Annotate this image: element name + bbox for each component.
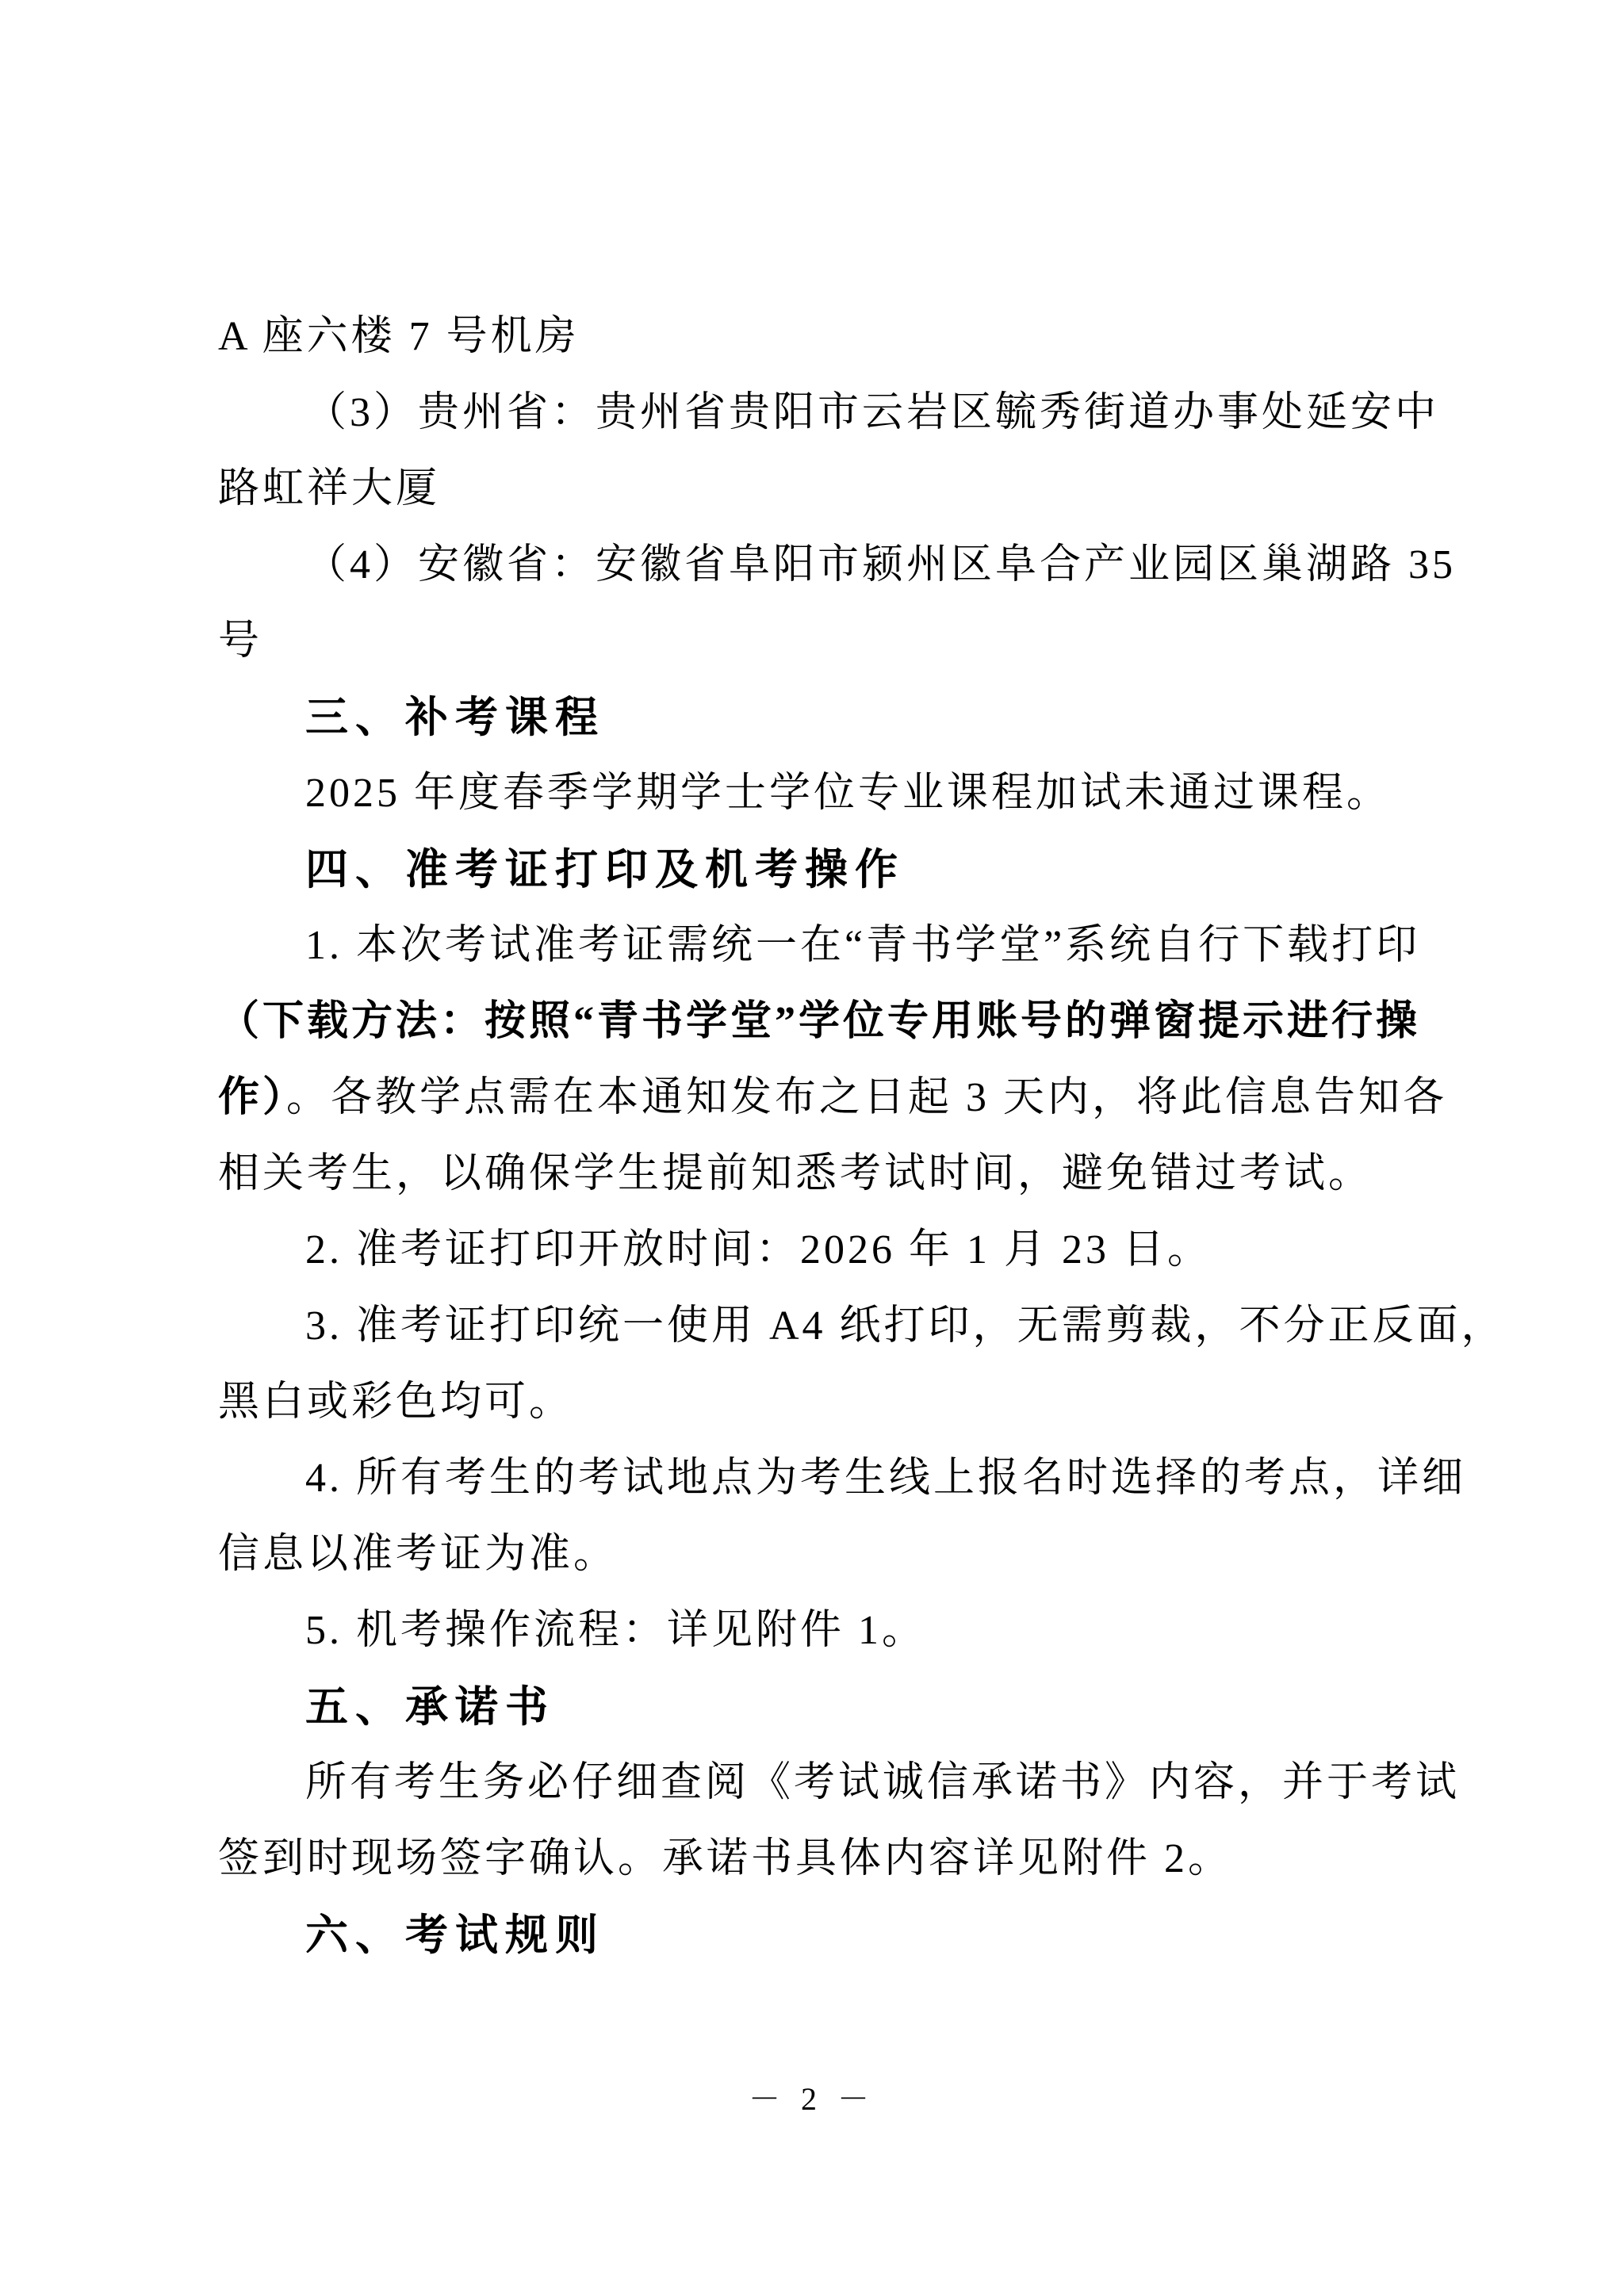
section-heading: 四、准考证打印及机考操作 (305, 845, 905, 894)
text-segment: 2025 年度春季学期学士学位专业课程加试未通过课程。 (305, 771, 1391, 816)
text-line: 所有考生务必仔细查阅《考试诚信承诺书》内容，并于考试 (305, 1758, 1460, 1808)
text-segment: 五、承诺书 (305, 1683, 555, 1731)
document-body: A 座六楼 7 号机房（3）贵州省：贵州省贵阳市云岩区毓秀街道办事处延安中路虹祥… (0, 0, 1624, 2296)
section-heading: 三、补考课程 (305, 693, 605, 742)
text-line: 签到时现场签字确认。承诺书具体内容详见附件 2。 (218, 1835, 1232, 1884)
text-line: 号 (218, 617, 262, 666)
text-segment: 三、补考课程 (305, 694, 605, 741)
text-segment: 号 (218, 618, 262, 664)
text-line: 2025 年度春季学期学士学位专业课程加试未通过课程。 (305, 769, 1391, 818)
text-line: 4. 所有考生的考试地点为考生线上报名时选择的考点，详细 (305, 1454, 1466, 1503)
text-segment: 六、考试规则 (305, 1911, 605, 1959)
text-line: （3）贵州省：贵州省贵阳市云岩区毓秀街道办事处延安中 (305, 388, 1439, 438)
text-segment: 信息以准考证为准。 (218, 1532, 618, 1577)
text-line: 黑白或彩色均可。 (218, 1378, 573, 1427)
text-line: 路虹祥大厦 (218, 465, 440, 514)
text-segment: 所有考生务必仔细查阅《考试诚信承诺书》内容，并于考试 (305, 1760, 1460, 1805)
text-line: 1. 本次考试准考证需统一在“青书学堂”系统自行下载打印 (305, 921, 1420, 970)
text-line: 相关考生，以确保学生提前知悉考试时间，避免错过考试。 (218, 1150, 1373, 1199)
document-page: A 座六楼 7 号机房（3）贵州省：贵州省贵阳市云岩区毓秀街道办事处延安中路虹祥… (0, 0, 1624, 2296)
text-line: 2. 准考证打印开放时间：2026 年 1 月 23 日。 (305, 1226, 1212, 1275)
text-segment: 1. 本次考试准考证需统一在“青书学堂”系统自行下载打印 (305, 923, 1420, 968)
text-line: A 座六楼 7 号机房 (218, 312, 580, 362)
text-line: 作）。各教学点需在本通知发布之日起 3 天内，将此信息告知各 (218, 1073, 1447, 1123)
text-line: 5. 机考操作流程：详见附件 1。 (305, 1606, 926, 1655)
text-segment: （下载方法：按照“青书学堂”学位专用账号的弹窗提示进行操 (218, 999, 1420, 1044)
text-segment: 3. 准考证打印统一使用 A4 纸打印，无需剪裁，不分正反面， (305, 1303, 1506, 1349)
text-line: 信息以准考证为准。 (218, 1530, 618, 1579)
text-segment: A 座六楼 7 号机房 (218, 314, 580, 359)
text-line: 3. 准考证打印统一使用 A4 纸打印，无需剪裁，不分正反面， (305, 1302, 1506, 1351)
text-segment: 相关考生，以确保学生提前知悉考试时间，避免错过考试。 (218, 1151, 1373, 1196)
text-segment: 4. 所有考生的考试地点为考生线上报名时选择的考点，详细 (305, 1456, 1466, 1501)
text-segment: 。各教学点需在本通知发布之日起 3 天内，将此信息告知各 (286, 1075, 1447, 1120)
text-segment: 四、准考证打印及机考操作 (305, 846, 905, 894)
text-segment: （4）安徽省：安徽省阜阳市颍州区阜合产业园区巢湖路 35 (305, 542, 1456, 587)
text-segment: 2. 准考证打印开放时间：2026 年 1 月 23 日。 (305, 1227, 1212, 1272)
text-segment: 5. 机考操作流程：详见附件 1。 (305, 1608, 926, 1653)
text-segment: 签到时现场签字确认。承诺书具体内容详见附件 2。 (218, 1836, 1232, 1881)
section-heading: 六、考试规则 (305, 1911, 605, 1960)
text-line: （4）安徽省：安徽省阜阳市颍州区阜合产业园区巢湖路 35 (305, 541, 1456, 590)
text-segment: 作） (218, 1075, 286, 1120)
page-number: － 2 － (0, 2074, 1624, 2119)
text-segment: 黑白或彩色均可。 (218, 1380, 573, 1425)
text-line: （下载方法：按照“青书学堂”学位专用账号的弹窗提示进行操 (218, 997, 1420, 1047)
section-heading: 五、承诺书 (305, 1682, 555, 1732)
text-segment: 路虹祥大厦 (218, 466, 440, 511)
text-segment: （3）贵州省：贵州省贵阳市云岩区毓秀街道办事处延安中 (305, 390, 1439, 435)
